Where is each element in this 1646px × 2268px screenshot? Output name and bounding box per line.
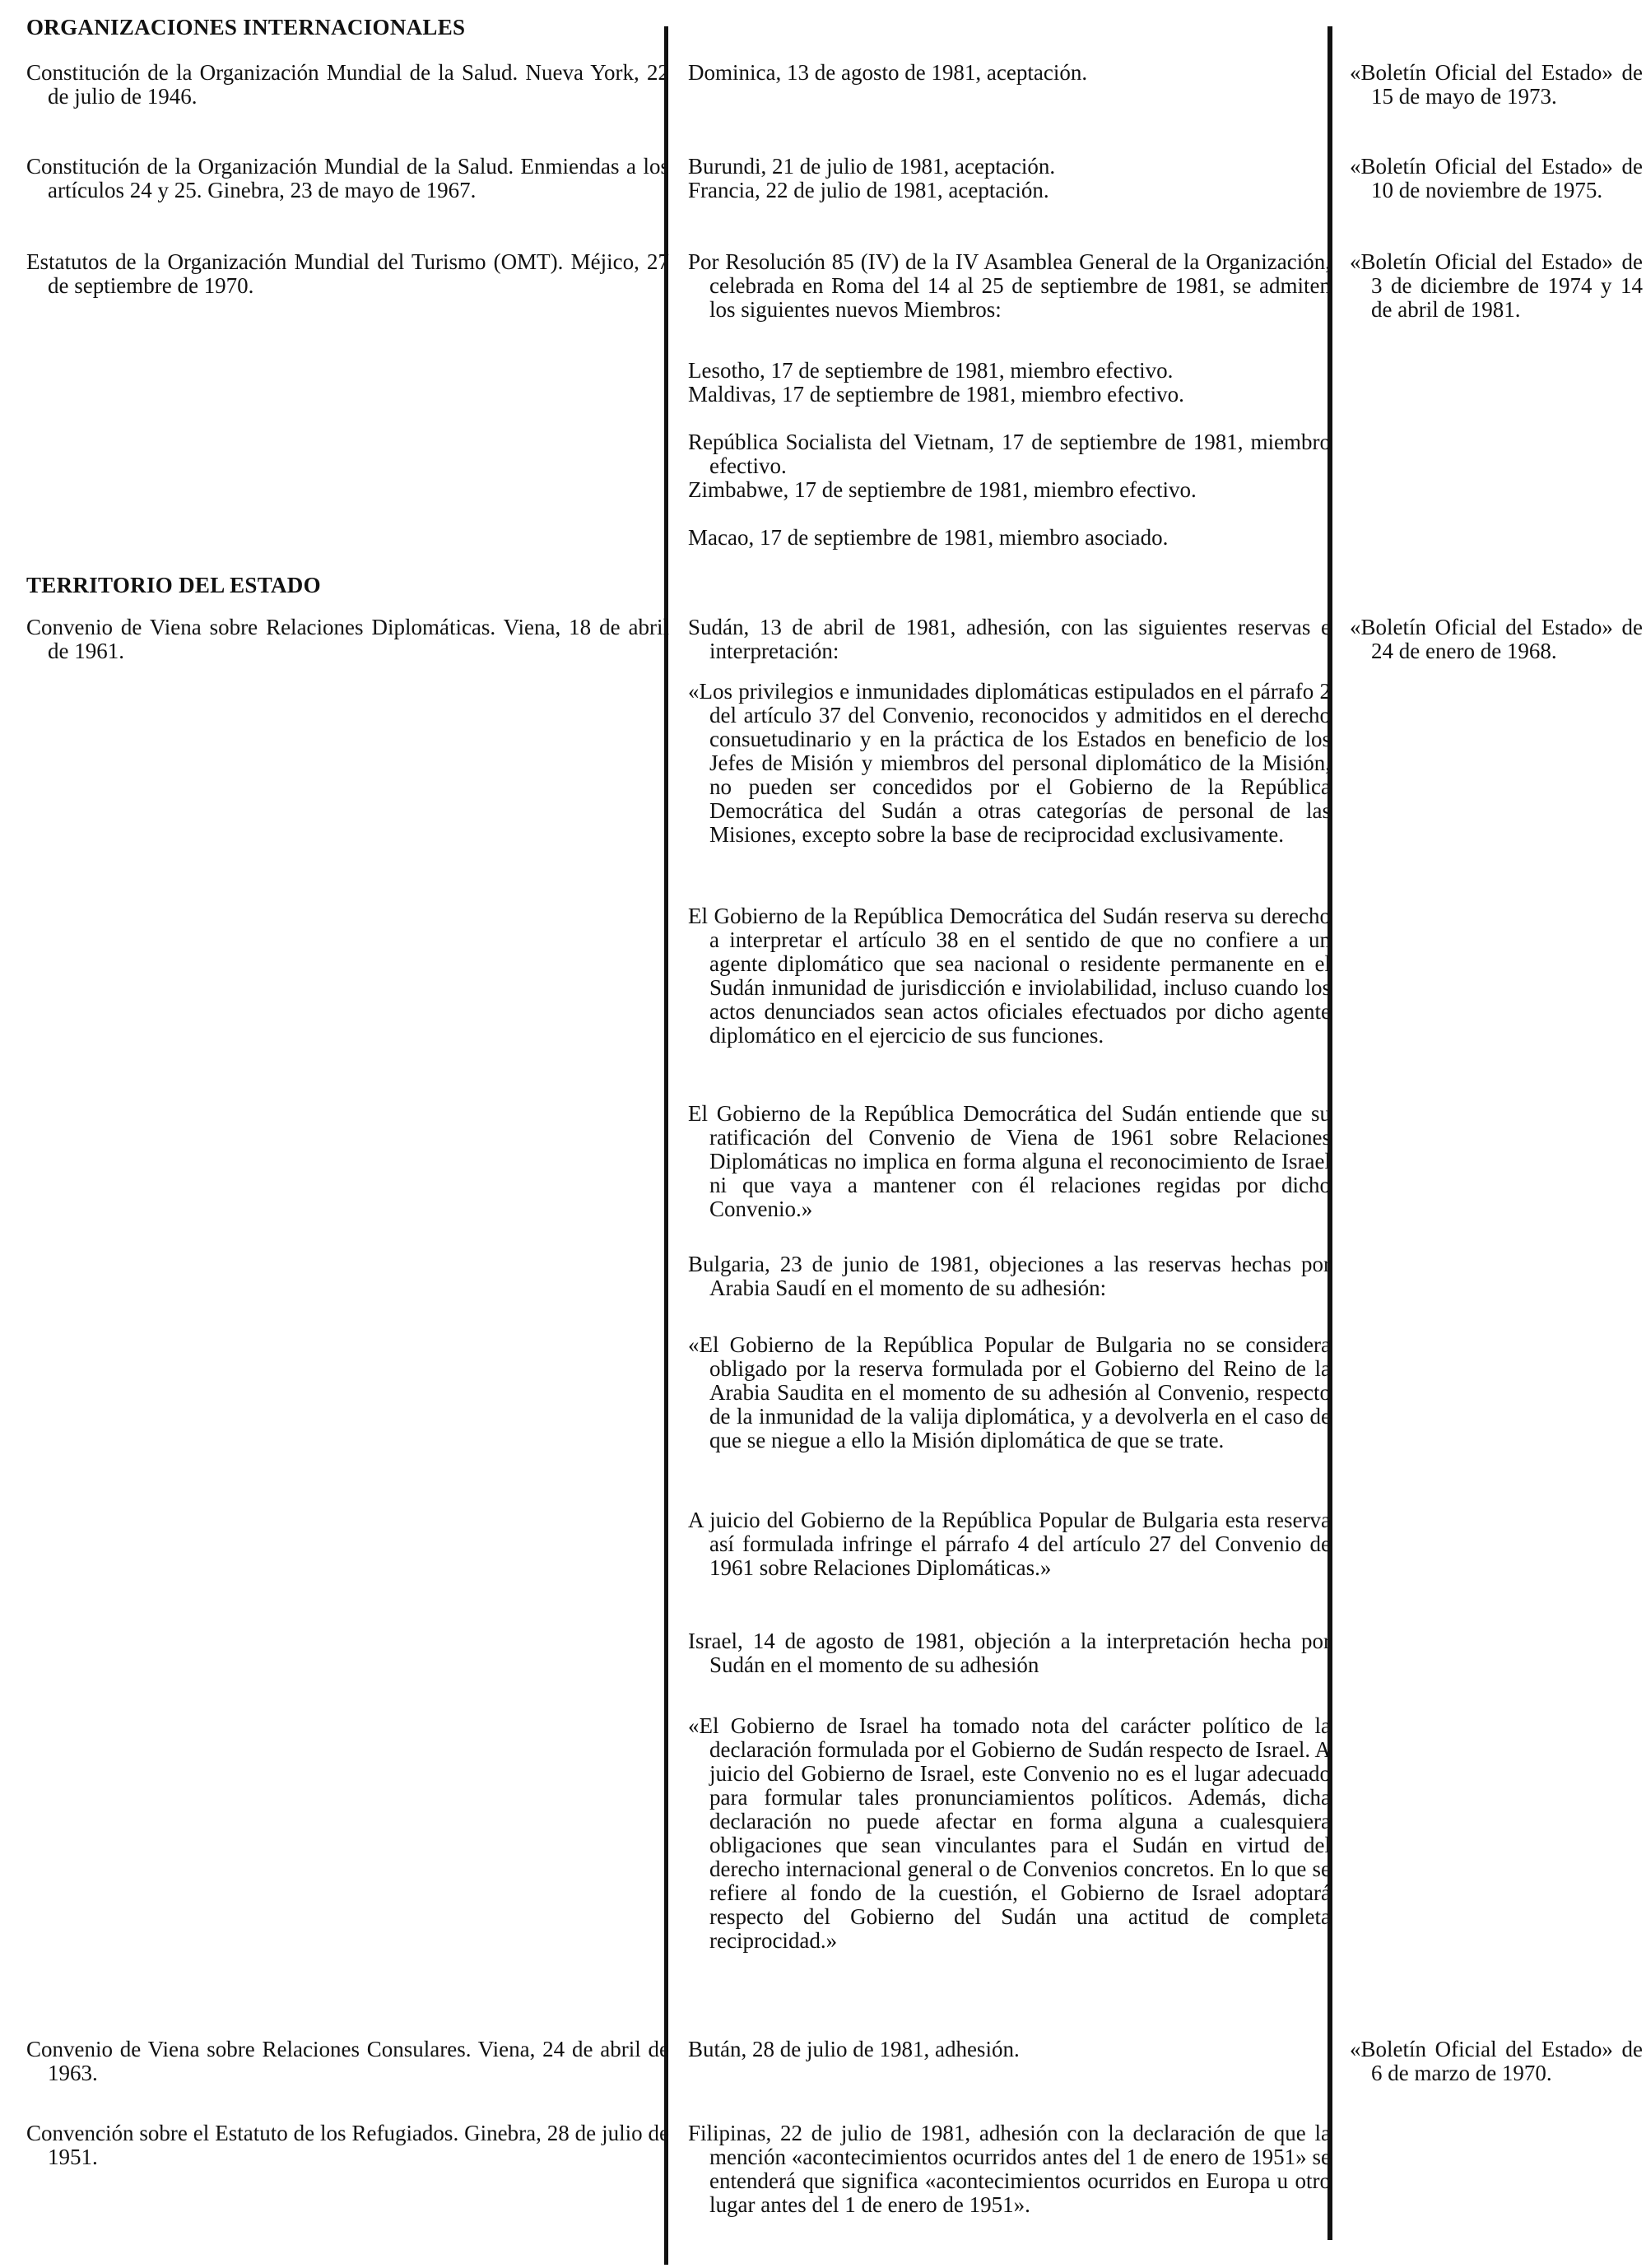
action-bulgaria-intro: Bulgaria, 23 de junio de 1981, objecione… xyxy=(688,1253,1331,1300)
treaty-omt-estatutos: Estatutos de la Organización Mundial del… xyxy=(26,250,669,298)
action-maldivas: Maldivas, 17 de septiembre de 1981, miem… xyxy=(688,383,1331,407)
action-macao: Macao, 17 de septiembre de 1981, miembro… xyxy=(688,526,1331,550)
bulgaria-objection-2: A juicio del Gobierno de la República Po… xyxy=(688,1508,1331,1580)
omt-resolution-intro: Por Resolución 85 (IV) de la IV Asamblea… xyxy=(688,250,1331,322)
publication-boe-1973: «Boletín Oficial del Estado» de 15 de ma… xyxy=(1350,61,1643,109)
column-divider-left xyxy=(664,26,668,2265)
publication-boe-1974-1981: «Boletín Oficial del Estado» de 3 de dic… xyxy=(1350,250,1643,322)
section-heading-territorio: TERRITORIO DEL ESTADO xyxy=(26,574,648,597)
action-vietnam: República Socialista del Vietnam, 17 de … xyxy=(688,430,1331,478)
sudan-reservation-2: El Gobierno de la República Democrática … xyxy=(688,904,1331,1048)
action-dominica: Dominica, 13 de agosto de 1981, aceptaci… xyxy=(688,61,1331,85)
treaty-oms-constitucion: Constitución de la Organización Mundial … xyxy=(26,61,669,109)
treaty-refugiados: Convención sobre el Estatuto de los Refu… xyxy=(26,2122,669,2169)
sudan-interpretation: El Gobierno de la República Democrática … xyxy=(688,1102,1331,1221)
bulgaria-objection-1: «El Gobierno de la República Popular de … xyxy=(688,1333,1331,1452)
action-sudan-intro: Sudán, 13 de abril de 1981, adhesión, co… xyxy=(688,616,1331,663)
treaty-oms-enmiendas: Constitución de la Organización Mundial … xyxy=(26,155,669,202)
publication-boe-1970: «Boletín Oficial del Estado» de 6 de mar… xyxy=(1350,2038,1643,2085)
action-francia: Francia, 22 de julio de 1981, aceptación… xyxy=(688,179,1331,202)
sudan-reservation-1: «Los privilegios e inmunidades diplomáti… xyxy=(688,680,1331,847)
israel-objection: «El Gobierno de Israel ha tomado nota de… xyxy=(688,1714,1331,1953)
action-zimbabwe: Zimbabwe, 17 de septiembre de 1981, miem… xyxy=(688,478,1331,502)
action-filipinas: Filipinas, 22 de julio de 1981, adhesión… xyxy=(688,2122,1331,2217)
publication-boe-1975: «Boletín Oficial del Estado» de 10 de no… xyxy=(1350,155,1643,202)
action-lesotho: Lesotho, 17 de septiembre de 1981, miemb… xyxy=(688,359,1331,383)
treaty-viena-consulares: Convenio de Viena sobre Relaciones Consu… xyxy=(26,2038,669,2085)
action-butan: Bután, 28 de julio de 1981, adhesión. xyxy=(688,2038,1331,2061)
section-heading-organizaciones: ORGANIZACIONES INTERNACIONALES xyxy=(26,16,648,40)
action-israel-intro: Israel, 14 de agosto de 1981, objeción a… xyxy=(688,1629,1331,1677)
action-burundi: Burundi, 21 de julio de 1981, aceptación… xyxy=(688,155,1331,179)
treaty-viena-diplomaticas: Convenio de Viena sobre Relaciones Diplo… xyxy=(26,616,669,663)
publication-boe-1968: «Boletín Oficial del Estado» de 24 de en… xyxy=(1350,616,1643,663)
